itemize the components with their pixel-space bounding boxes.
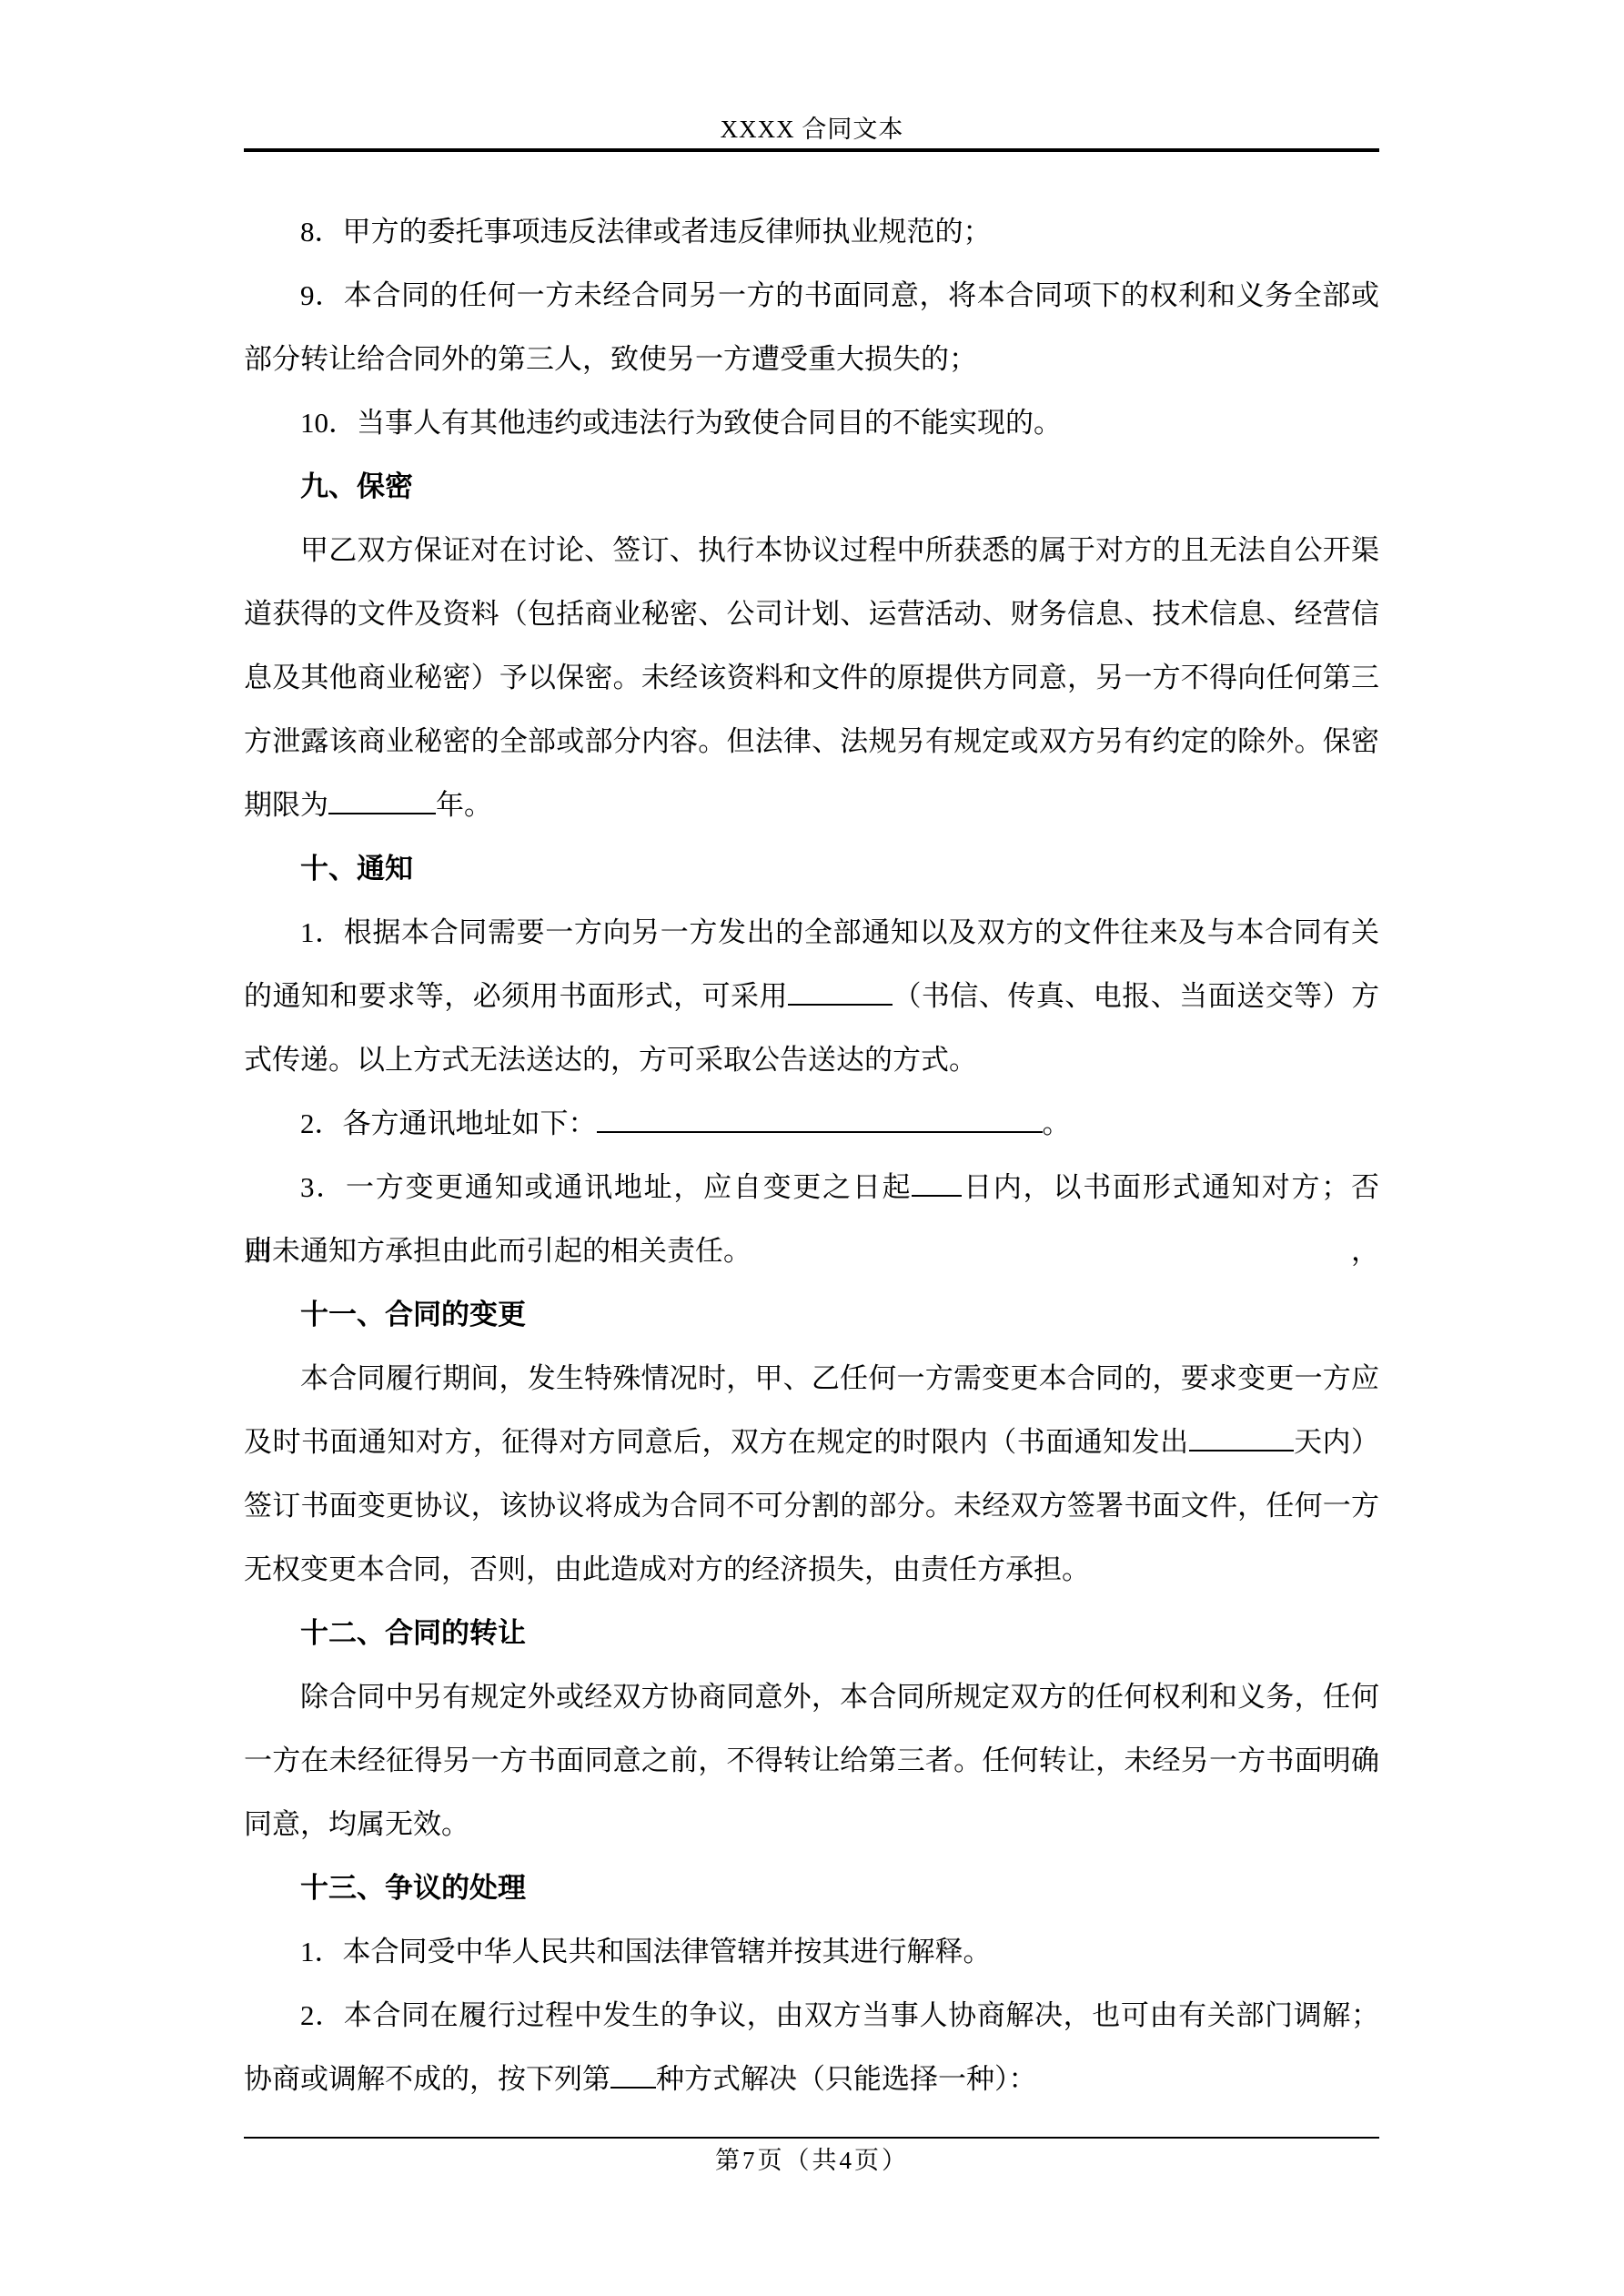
fill-in-blank — [788, 988, 893, 1006]
fill-in-blank — [610, 2071, 656, 2089]
contract-line: 甲乙双方保证对在讨论、签订、执行本协议过程中所获悉的属于对方的且无法自公开渠 — [244, 519, 1379, 582]
contract-line: 本合同履行期间，发生特殊情况时，甲、乙任何一方需变更本合同的，要求变更一方应 — [244, 1347, 1379, 1411]
contract-page: XXXX 合同文本 8．甲方的委托事项违反法律或者违反律师执业规范的；9．本合同… — [0, 0, 1624, 2296]
line-text: 十一、合同的变更 — [300, 1299, 526, 1330]
contract-line: 3．一方变更通知或通讯地址，应自变更之日起日内，以书面形式通知对方；否则， — [244, 1156, 1379, 1219]
line-text: 2．本合同在履行过程中发生的争议，由双方当事人协商解决，也可由有关部门调解； — [300, 1999, 1379, 2031]
contract-line: 息及其他商业秘密）予以保密。未经该资料和文件的原提供方同意，另一方不得向任何第三 — [244, 646, 1379, 710]
contract-line: 2．各方通讯地址如下：。 — [244, 1092, 1379, 1156]
line-text: 十三、争议的处理 — [300, 1872, 526, 1904]
line-text-after-blank: 。 — [1043, 1108, 1071, 1139]
contract-line: 式传递。以上方式无法送达的，方可采取公告送达的方式。 — [244, 1028, 1379, 1092]
contract-line: 方泄露该商业秘密的全部或部分内容。但法律、法规另有规定或双方另有约定的除外。保密 — [244, 710, 1379, 774]
line-text: 部分转让给合同外的第三人，致使另一方遭受重大损失的； — [244, 343, 977, 375]
line-text: 期限为 — [244, 789, 328, 821]
contract-line: 8．甲方的委托事项违反法律或者违反律师执业规范的； — [244, 200, 1379, 264]
page-number: 第7页（共4页） — [0, 2144, 1624, 2177]
line-text: 9．本合同的任何一方未经合同另一方的书面同意，将本合同项下的权利和义务全部或 — [300, 279, 1379, 311]
fill-in-blank — [912, 1179, 962, 1197]
line-text-after-blank: 年。 — [436, 789, 492, 821]
contract-line: 一方在未经征得另一方书面同意之前，不得转让给第三者。任何转让，未经另一方书面明确 — [244, 1729, 1379, 1793]
line-text: 1．本合同受中华人民共和国法律管辖并按其进行解释。 — [300, 1936, 992, 1967]
line-text: 签订书面变更协议，该协议将成为合同不可分割的部分。未经双方签署书面文件，任何一方 — [244, 1490, 1379, 1522]
fill-in-blank — [328, 797, 436, 814]
line-text: 十二、合同的转让 — [300, 1617, 526, 1649]
line-text: 息及其他商业秘密）予以保密。未经该资料和文件的原提供方同意，另一方不得向任何第三 — [244, 662, 1379, 693]
line-text: 道获得的文件及资料（包括商业秘密、公司计划、运营活动、财务信息、技术信息、经营信 — [244, 598, 1379, 630]
contract-line: 2．本合同在履行过程中发生的争议，由双方当事人协商解决，也可由有关部门调解； — [244, 1984, 1379, 2048]
contract-line: 签订书面变更协议，该协议将成为合同不可分割的部分。未经双方签署书面文件，任何一方 — [244, 1474, 1379, 1538]
contract-line: 9．本合同的任何一方未经合同另一方的书面同意，将本合同项下的权利和义务全部或 — [244, 264, 1379, 328]
line-text: 2．各方通讯地址如下： — [300, 1108, 597, 1139]
line-text: 无权变更本合同，否则，由此造成对方的经济损失，由责任方承担。 — [244, 1553, 1090, 1585]
contract-line: 期限为年。 — [244, 774, 1379, 837]
line-text: 由未通知方承担由此而引起的相关责任。 — [244, 1235, 751, 1267]
line-text: 除合同中另有规定外或经双方协商同意外，本合同所规定双方的任何权利和义务，任何 — [300, 1681, 1379, 1713]
line-text: 同意，均属无效。 — [244, 1808, 469, 1840]
line-text: 10．当事人有其他违约或违法行为致使合同目的不能实现的。 — [300, 407, 1062, 439]
line-text: 十、通知 — [300, 853, 413, 885]
contract-line: 无权变更本合同，否则，由此造成对方的经济损失，由责任方承担。 — [244, 1538, 1379, 1602]
line-text: 本合同履行期间，发生特殊情况时，甲、乙任何一方需变更本合同的，要求变更一方应 — [300, 1362, 1379, 1394]
line-text-after-blank: 种方式解决（只能选择一种）： — [656, 2063, 1037, 2095]
section-heading: 十一、合同的变更 — [244, 1283, 1379, 1347]
section-heading: 十二、合同的转让 — [244, 1602, 1379, 1665]
fill-in-blank — [597, 1116, 1043, 1133]
line-text: 方泄露该商业秘密的全部或部分内容。但法律、法规另有规定或双方另有约定的除外。保密 — [244, 725, 1379, 757]
contract-line: 道获得的文件及资料（包括商业秘密、公司计划、运营活动、财务信息、技术信息、经营信 — [244, 582, 1379, 646]
contract-line: 除合同中另有规定外或经双方协商同意外，本合同所规定双方的任何权利和义务，任何 — [244, 1665, 1379, 1729]
line-text: 1．根据本合同需要一方向另一方发出的全部通知以及双方的文件往来及与本合同有关 — [300, 916, 1379, 948]
line-text-after-blank: （书信、传真、电报、当面送交等）方 — [893, 980, 1379, 1012]
contract-line: 协商或调解不成的，按下列第种方式解决（只能选择一种）： — [244, 2048, 1379, 2111]
document-title: XXXX 合同文本 — [0, 113, 1624, 146]
section-heading: 九、保密 — [244, 455, 1379, 519]
line-text: 3．一方变更通知或通讯地址，应自变更之日起 — [300, 1171, 912, 1203]
line-text: 式传递。以上方式无法送达的，方可采取公告送达的方式。 — [244, 1044, 977, 1076]
section-heading: 十、通知 — [244, 837, 1379, 901]
fill-in-blank — [1189, 1434, 1294, 1451]
contract-line: 1．根据本合同需要一方向另一方发出的全部通知以及双方的文件往来及与本合同有关 — [244, 901, 1379, 965]
contract-line: 10．当事人有其他违约或违法行为致使合同目的不能实现的。 — [244, 391, 1379, 455]
contract-line: 同意，均属无效。 — [244, 1793, 1379, 1856]
section-heading: 十三、争议的处理 — [244, 1856, 1379, 1920]
contract-line: 的通知和要求等，必须用书面形式，可采用（书信、传真、电报、当面送交等）方 — [244, 965, 1379, 1028]
line-text: 九、保密 — [300, 470, 413, 502]
line-text: 8．甲方的委托事项违反法律或者违反律师执业规范的； — [300, 216, 992, 248]
line-text: 的通知和要求等，必须用书面形式，可采用 — [244, 980, 788, 1012]
line-text: 协商或调解不成的，按下列第 — [244, 2063, 610, 2095]
contract-line: 部分转让给合同外的第三人，致使另一方遭受重大损失的； — [244, 328, 1379, 391]
line-text-after-blank: 天内） — [1294, 1426, 1379, 1458]
line-text: 一方在未经征得另一方书面同意之前，不得转让给第三者。任何转让，未经另一方书面明确 — [244, 1745, 1379, 1776]
line-text: 及时书面通知对方，征得对方同意后，双方在规定的时限内（书面通知发出 — [244, 1426, 1189, 1458]
line-text: 甲乙双方保证对在讨论、签订、执行本协议过程中所获悉的属于对方的且无法自公开渠 — [300, 534, 1379, 566]
header-rule — [244, 148, 1379, 152]
contract-body: 8．甲方的委托事项违反法律或者违反律师执业规范的；9．本合同的任何一方未经合同另… — [244, 200, 1379, 2111]
footer-rule — [244, 2137, 1379, 2139]
contract-line: 及时书面通知对方，征得对方同意后，双方在规定的时限内（书面通知发出天内） — [244, 1411, 1379, 1474]
contract-line: 1．本合同受中华人民共和国法律管辖并按其进行解释。 — [244, 1920, 1379, 1984]
